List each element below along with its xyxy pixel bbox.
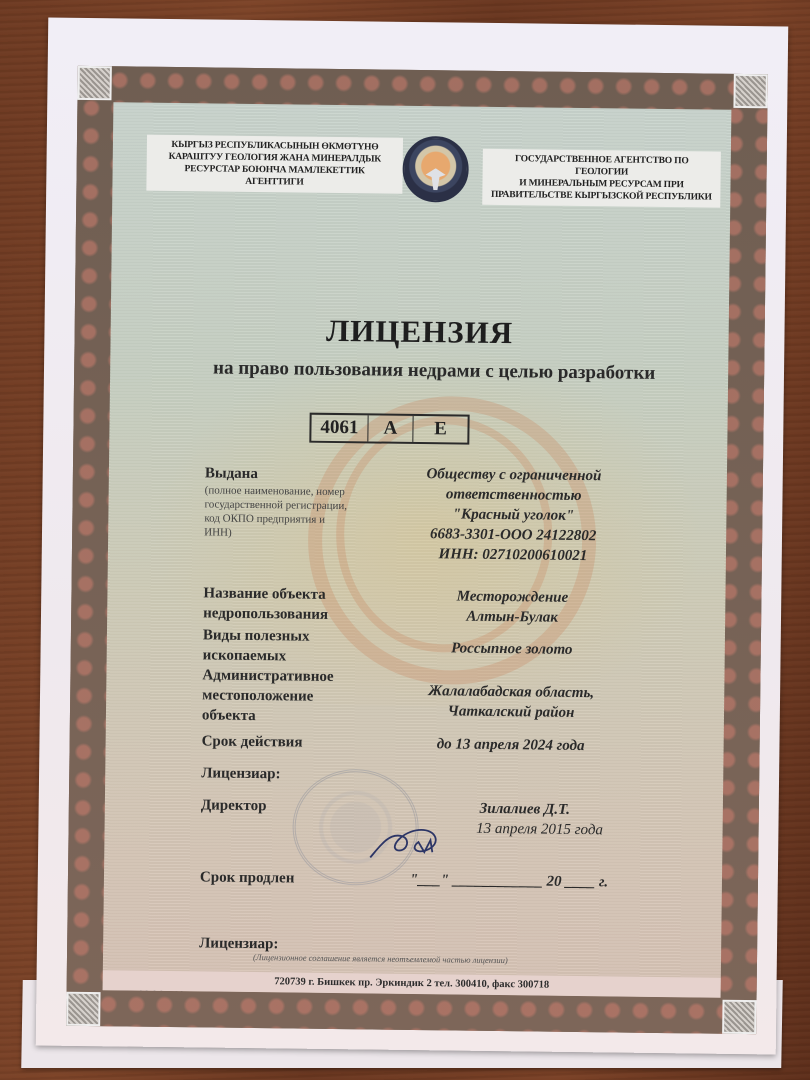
licensor-2-label: Лицензиар: — [199, 933, 279, 954]
corner-ornament-icon — [79, 68, 109, 98]
issued-to-note: (полное наименование, номер государствен… — [204, 483, 355, 541]
object-name-value: Месторождение Алтын-Булак — [397, 586, 627, 629]
director-signature — [366, 823, 446, 864]
issued-to-label: Выдана (полное наименование, номер госуд… — [204, 463, 355, 541]
licensor-label: Лицензиар: — [201, 763, 281, 784]
license-certificate: КЫРГЫЗ РЕСПУБЛИКАСЫНЫН ӨКМӨТҮНӨ КАРАШТУУ… — [66, 66, 768, 1034]
director-sign-date: 13 апреля 2015 года — [444, 818, 634, 840]
license-series-1: А — [368, 415, 413, 442]
extension-value: "___" ____________ 20 ____ г. — [374, 869, 644, 892]
corner-ornament-icon — [68, 994, 98, 1024]
extension-label: Срок продлен — [200, 867, 295, 888]
mineral-types-label: Виды полезных ископаемых — [203, 625, 310, 666]
director-name: Зилалиев Д.Т. — [440, 798, 610, 820]
header-agency-kyrgyz: КЫРГЫЗ РЕСПУБЛИКАСЫНЫН ӨКМӨТҮНӨ КАРАШТУУ… — [146, 135, 403, 194]
certificate-body: КЫРГЫЗ РЕСПУБЛИКАСЫНЫН ӨКМӨТҮНӨ КАРАШТУУ… — [103, 102, 732, 997]
mineral-types-value: Россыпное золото — [397, 638, 627, 661]
falcon-icon — [425, 168, 445, 190]
admin-location-value: Жалалабадская область, Чаткалский район — [396, 681, 626, 724]
license-series-2: Е — [413, 416, 467, 443]
license-number: 4061 — [311, 415, 368, 442]
issued-to-value: Обществу с ограниченной ответственностью… — [388, 464, 639, 567]
admin-location-label: Административное местоположение объекта — [202, 665, 334, 727]
license-number-box: 4061 А Е — [309, 413, 469, 445]
header-agency-russian: ГОСУДАРСТВЕННОЕ АГЕНТСТВО ПО ГЕОЛОГИИ И … — [482, 149, 721, 208]
corner-ornament-icon — [724, 1002, 754, 1032]
validity-label: Срок действия — [202, 731, 303, 752]
document-title: ЛИЦЕНЗИЯ — [110, 310, 728, 354]
validity-value: до 13 апреля 2024 года — [396, 734, 626, 757]
object-name-label: Название объекта недропользования — [203, 583, 328, 625]
corner-ornament-icon — [735, 76, 765, 106]
director-label: Директор — [201, 795, 267, 816]
